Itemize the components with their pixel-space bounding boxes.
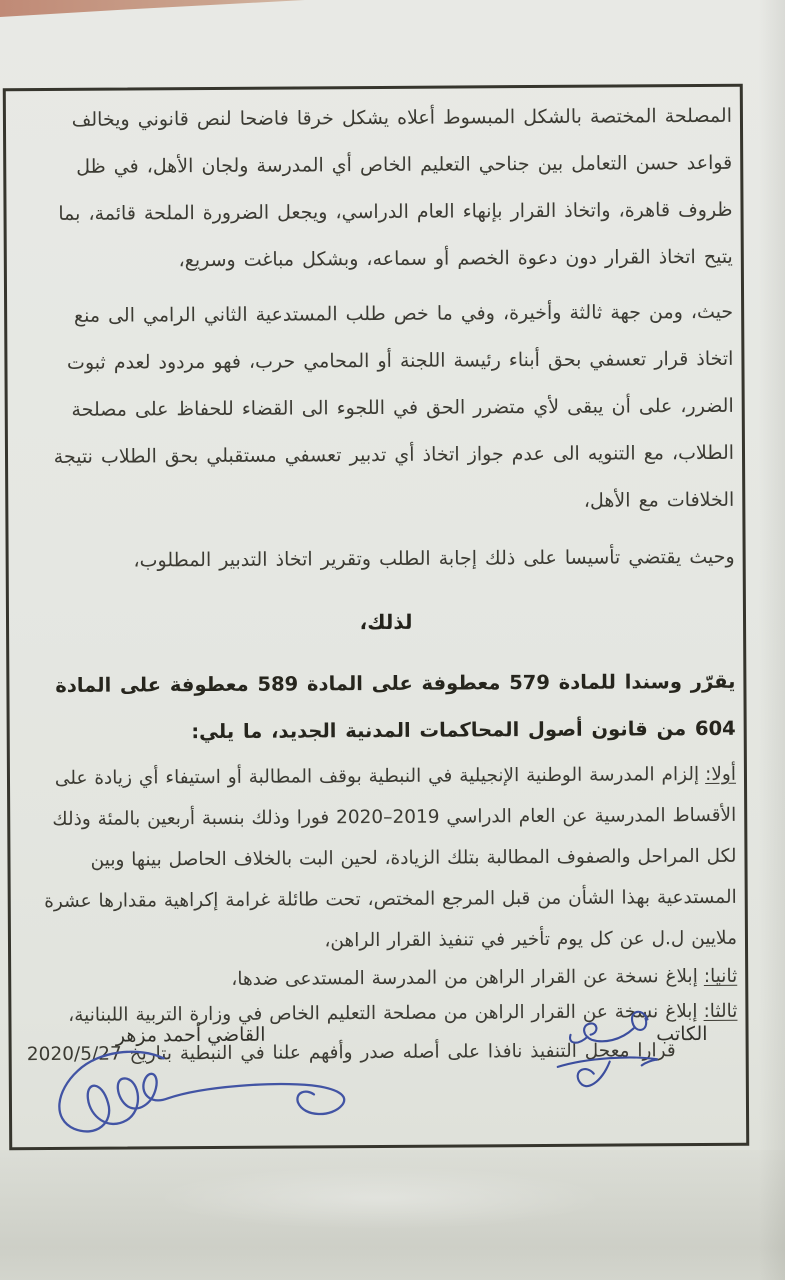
clerk-signature bbox=[545, 1003, 682, 1108]
item-first-label: أولا: bbox=[705, 764, 736, 785]
document-photo: { "doc": { "paragraph1": "المصلحة المختص… bbox=[0, 0, 785, 1280]
item-first-text: إلزام المدرسة الوطنية الإنجيلية في النبط… bbox=[44, 764, 737, 951]
item-second-label: ثانيا: bbox=[704, 966, 738, 987]
decision-intro: يقرّر وسندا للمادة 579 معطوفة على المادة… bbox=[37, 658, 736, 756]
page-bottom-shadow bbox=[0, 1150, 785, 1280]
paragraph-third-ground: حيث، ومن جهة ثالثة وأخيرة، وفي ما خص طلب… bbox=[35, 289, 734, 528]
decision-item-first: أولا:إلزام المدرسة الوطنية الإنجيلية في … bbox=[38, 754, 737, 963]
paragraph-conclusion: وحيث يقتضي تأسيسا على ذلك إجابة الطلب وت… bbox=[37, 534, 735, 584]
desk-edge bbox=[0, 0, 305, 17]
judge-signature bbox=[44, 1039, 377, 1153]
document-frame: المصلحة المختصة بالشكل المبسوط أعلاه يشك… bbox=[3, 84, 749, 1151]
decision-item-second: ثانيا:إبلاغ نسخة عن القرار الراهن من الم… bbox=[39, 959, 737, 998]
photo-edge-shadow bbox=[759, 0, 785, 1280]
therefore-heading: لذلك، bbox=[37, 598, 735, 646]
item-second-text: إبلاغ نسخة عن القرار الراهن من المدرسة ا… bbox=[231, 966, 698, 990]
paragraph-merits-form: المصلحة المختصة بالشكل المبسوط أعلاه يشك… bbox=[34, 93, 733, 285]
item-third-label: ثالثا: bbox=[703, 1001, 737, 1022]
